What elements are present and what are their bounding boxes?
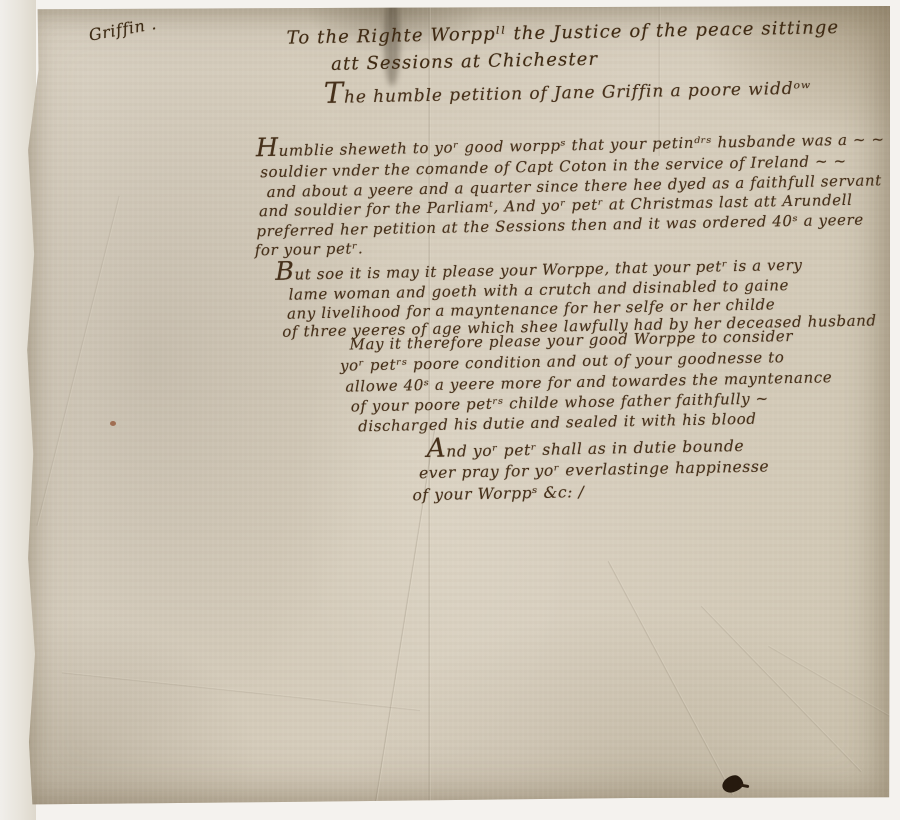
closing-line: ever pray for yoʳ everlastinge happiness… bbox=[419, 457, 769, 482]
petition-line: for your petʳ. bbox=[255, 239, 364, 259]
page-background: { "meta": { "kind": "scanned manuscript … bbox=[0, 0, 900, 820]
manuscript-sheet: Griffin . To the Righte Worppˡˡ the Just… bbox=[22, 6, 890, 806]
writing-layer: Griffin . To the Righte Worppˡˡ the Just… bbox=[20, 0, 900, 812]
heading-line-1: To the Righte Worppˡˡ the Justice of the… bbox=[286, 17, 839, 49]
red-stain-dot bbox=[110, 421, 116, 426]
closing-line: of your Worppˢ &c: / bbox=[412, 483, 584, 504]
heading-line-2: att Sessions at Chichester bbox=[331, 49, 598, 75]
petition-title-line: The humble petition of Jane Griffin a po… bbox=[324, 76, 812, 108]
closing-line: And yoʳ petʳ shall as in dutie bounde bbox=[426, 436, 744, 461]
archival-note: Griffin . bbox=[87, 14, 158, 45]
facing-page-edge bbox=[0, 0, 36, 820]
